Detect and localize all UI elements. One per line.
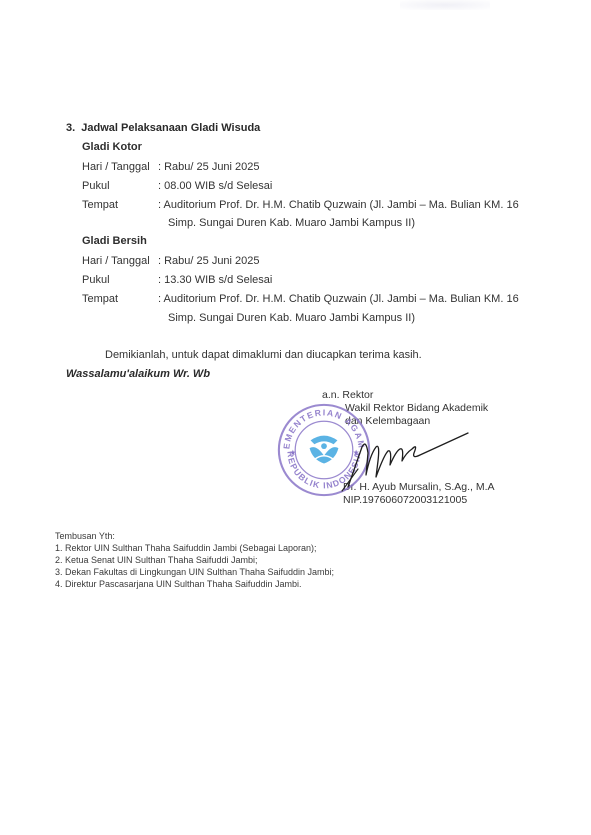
gladi-bersih-title: Gladi Bersih	[82, 235, 147, 247]
gladi-kotor-title: Gladi Kotor	[82, 141, 142, 153]
tembusan-item: 3. Dekan Fakultas di Lingkungan UIN Sult…	[55, 567, 334, 579]
kotor-date-label: Hari / Tanggal	[82, 160, 150, 174]
bersih-place-label: Tempat	[82, 292, 118, 306]
handwritten-signature-icon	[340, 425, 480, 495]
bersih-date-value: : Rabu/ 25 Juni 2025	[158, 254, 260, 268]
bersih-time-value: : 13.30 WIB s/d Selesai	[158, 273, 272, 287]
section-title: Jadwal Pelaksanaan Gladi Wisuda	[81, 122, 260, 134]
bersih-place-value: : Auditorium Prof. Dr. H.M. Chatib Quzwa…	[158, 292, 519, 306]
section-heading: 3. Jadwal Pelaksanaan Gladi Wisuda	[66, 122, 260, 134]
kotor-date-value: : Rabu/ 25 Juni 2025	[158, 160, 260, 174]
sign-on-behalf: a.n. Rektor	[322, 389, 373, 401]
bersih-place-value-cont: Simp. Sungai Duren Kab. Muaro Jambi Kamp…	[168, 311, 415, 325]
kotor-place-value: : Auditorium Prof. Dr. H.M. Chatib Quzwa…	[158, 198, 519, 212]
svg-text:★: ★	[289, 448, 296, 457]
closing-salam: Wassalamu'alaikum Wr. Wb	[66, 368, 210, 380]
tembusan-item: 2. Ketua Senat UIN Sulthan Thaha Saifudd…	[55, 555, 257, 567]
kotor-place-value-cont: Simp. Sungai Duren Kab. Muaro Jambi Kamp…	[168, 216, 415, 230]
kotor-time-label: Pukul	[82, 179, 110, 193]
bersih-time-label: Pukul	[82, 273, 110, 287]
tembusan-title: Tembusan Yth:	[55, 531, 115, 543]
bersih-date-label: Hari / Tanggal	[82, 254, 150, 268]
tembusan-item: 4. Direktur Pascasarjana UIN Sulthan Tha…	[55, 579, 301, 591]
closing-text: Demikianlah, untuk dapat dimaklumi dan d…	[105, 349, 422, 361]
kotor-place-label: Tempat	[82, 198, 118, 212]
section-number: 3.	[66, 122, 75, 134]
scan-smudge	[400, 0, 490, 10]
tembusan-item: 1. Rektor UIN Sulthan Thaha Saifuddin Ja…	[55, 543, 317, 555]
kotor-time-value: : 08.00 WIB s/d Selesai	[158, 179, 272, 193]
